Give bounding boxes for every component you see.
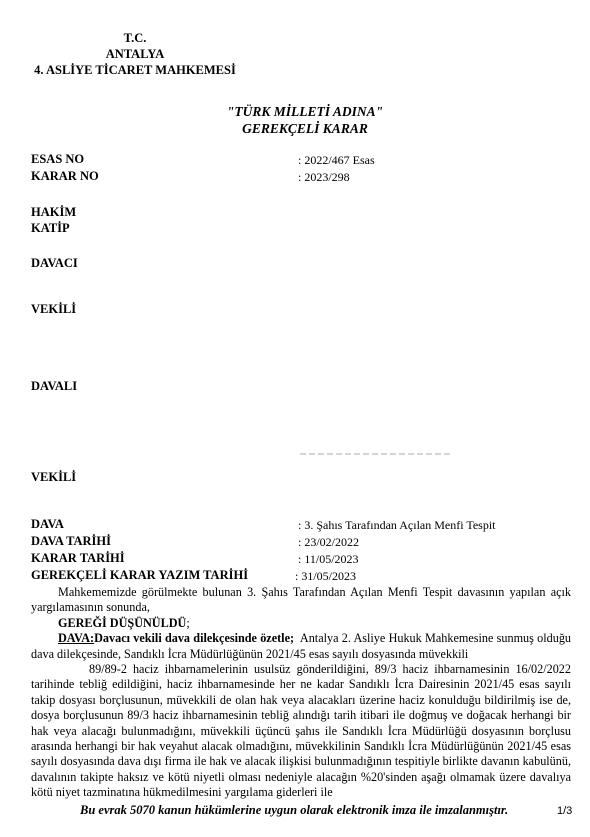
dava-tarihi-label: DAVA TARİHİ xyxy=(31,534,111,549)
davali-label: DAVALI xyxy=(31,379,77,394)
gerege-suffix: ; xyxy=(186,616,189,630)
e-signature-notice: Bu evrak 5070 kanun hükümlerine uygun ol… xyxy=(80,803,508,818)
dava-label: DAVA xyxy=(31,517,64,532)
katip-label: KATİP xyxy=(31,221,70,236)
davaci-label: DAVACI xyxy=(31,256,78,271)
page-number: 1/3 xyxy=(557,805,572,817)
decision-body: Mahkememizde görülmekte bulunan 3. Şahıs… xyxy=(31,585,571,801)
dava-tarihi-value: : 23/02/2022 xyxy=(298,535,359,550)
title-line1: "TÜRK MİLLETİ ADINA" xyxy=(180,103,430,120)
karar-tarihi-label: KARAR TARİHİ xyxy=(31,551,125,566)
davali-vekili-label: VEKİLİ xyxy=(31,470,76,485)
dava-heading: DAVA: xyxy=(58,631,94,645)
document-title: "TÜRK MİLLETİ ADINA" GEREKÇELİ KARAR xyxy=(180,103,430,137)
dava-paragraph-2: 89/89-2 haciz ihbarnamelerinin usulsüz g… xyxy=(31,662,571,801)
dava-value: : 3. Şahıs Tarafından Açılan Menfi Tespi… xyxy=(298,518,496,533)
hakim-label: HAKİM xyxy=(31,205,76,220)
court-header: T.C. ANTALYA 4. ASLİYE TİCARET MAHKEMESİ xyxy=(30,30,240,78)
yazim-tarihi-label: GEREKÇELİ KARAR YAZIM TARİHİ xyxy=(31,568,248,583)
esas-no-label: ESAS NO xyxy=(31,152,84,167)
title-line2: GEREKÇELİ KARAR xyxy=(180,120,430,137)
gerege-dusunuldu: GEREĞİ DÜŞÜNÜLDÜ; xyxy=(31,616,571,631)
header-city: ANTALYA xyxy=(30,46,240,62)
header-court-name: 4. ASLİYE TİCARET MAHKEMESİ xyxy=(30,62,240,78)
intro-paragraph: Mahkememizde görülmekte bulunan 3. Şahıs… xyxy=(31,585,571,616)
gerege-heading: GEREĞİ DÜŞÜNÜLDÜ xyxy=(58,616,186,630)
yazim-tarihi-value: : 31/05/2023 xyxy=(295,569,356,584)
karar-no-label: KARAR NO xyxy=(31,169,99,184)
header-tc: T.C. xyxy=(30,30,240,46)
davaci-vekili-label: VEKİLİ xyxy=(31,302,76,317)
dava-subheading: Davacı vekili dava dilekçesinde özetle; xyxy=(94,631,294,645)
karar-no-value: : 2023/298 xyxy=(298,170,350,185)
dava-paragraph: DAVA:Davacı vekili dava dilekçesinde öze… xyxy=(31,631,571,662)
esas-no-value: : 2022/467 Esas xyxy=(298,153,375,168)
redacted-text xyxy=(300,453,450,455)
karar-tarihi-value: : 11/05/2023 xyxy=(298,552,359,567)
